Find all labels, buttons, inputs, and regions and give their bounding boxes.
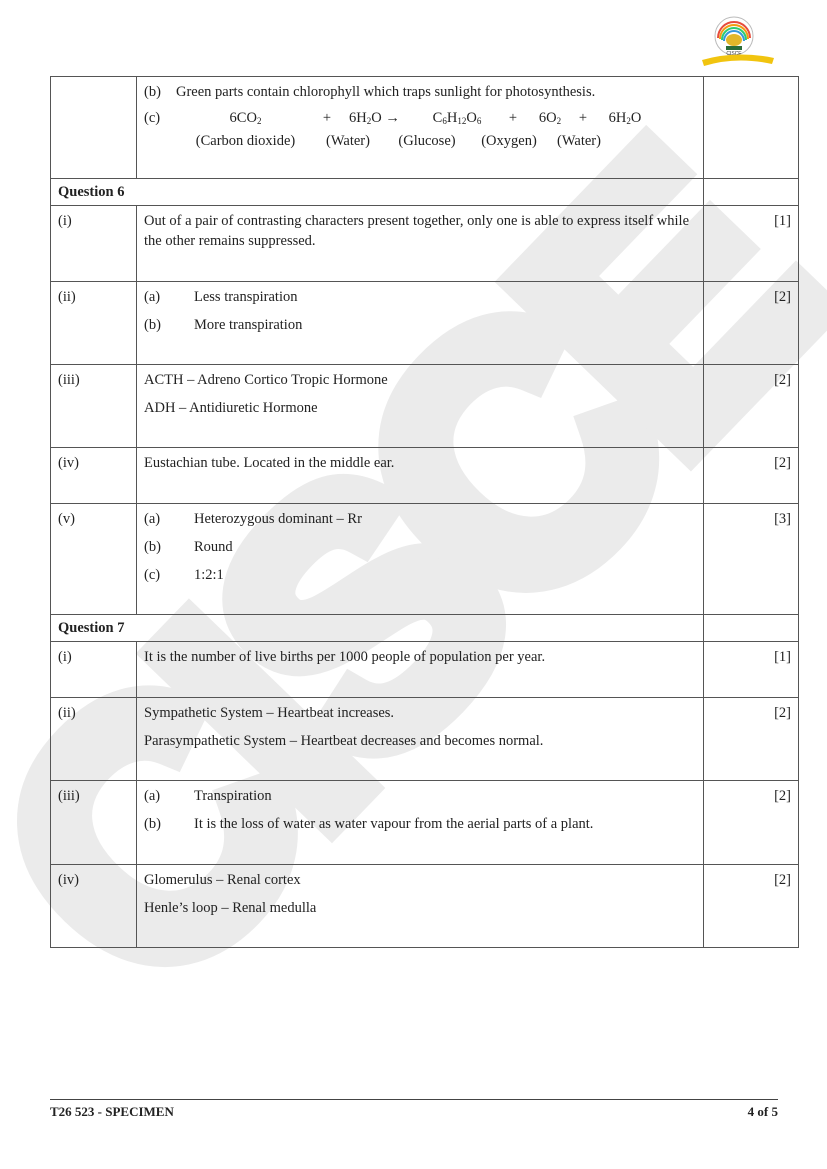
sub-answer: (c)1:2:1 <box>144 565 696 585</box>
equation-names: (Carbon dioxide) (Water) (Glucose) (Oxyg… <box>180 131 655 151</box>
answer-text: 1:2:1 <box>194 565 224 585</box>
marks-value: [1] <box>704 642 799 698</box>
marks-value: [2] <box>704 698 799 781</box>
carbon-dioxide-formula: 6CO2 <box>180 108 311 131</box>
answer-cell: (a)Transpiration(b)It is the loss of wat… <box>137 781 704 865</box>
marks-cell <box>704 179 799 206</box>
answer-text: Sympathetic System – Heartbeat increases… <box>144 703 696 723</box>
table-row: (ii)(a)Less transpiration(b)More transpi… <box>51 282 799 365</box>
answer-text: Transpiration <box>194 786 272 806</box>
marks-value: [3] <box>704 504 799 615</box>
answer-text: ACTH – Adreno Cortico Tropic Hormone <box>144 370 696 390</box>
answer-text: Round <box>194 537 233 557</box>
sub-label: (b) <box>144 537 194 557</box>
sub-label: (a) <box>144 287 194 307</box>
sub-label: (b) <box>144 814 194 834</box>
marks-value: [2] <box>704 448 799 504</box>
marks-value: [2] <box>704 865 799 948</box>
answer-cell: Out of a pair of contrasting characters … <box>137 206 704 282</box>
table-row: (b) Green parts contain chlorophyll whic… <box>51 77 799 179</box>
question-number: (v) <box>51 504 137 615</box>
answer-cell: (b) Green parts contain chlorophyll whic… <box>137 77 704 179</box>
table-row: (iii)ACTH – Adreno Cortico Tropic Hormon… <box>51 365 799 448</box>
answer-text: ADH – Antidiuretic Hormone <box>144 398 696 418</box>
sub-answer: (b)It is the loss of water as water vapo… <box>144 814 696 834</box>
question-number: (ii) <box>51 282 137 365</box>
sub-answer: (a)Heterozygous dominant – Rr <box>144 509 696 529</box>
sub-answer: (a)Transpiration <box>144 786 696 806</box>
answer-text: Henle’s loop – Renal medulla <box>144 898 696 918</box>
question-number: (i) <box>51 642 137 698</box>
sub-answer: (b)More transpiration <box>144 315 696 335</box>
answer-text: More transpiration <box>194 315 302 335</box>
marks-cell <box>704 77 799 179</box>
water-formula: 6H2O → <box>343 108 417 131</box>
photosynthesis-equation: (c) 6CO2 + 6H2O → C6H12O6 + 6O2 + 6H2O <box>144 108 696 151</box>
footer-divider <box>50 1099 778 1100</box>
sub-label: (a) <box>144 786 194 806</box>
answer-text: Glomerulus – Renal cortex <box>144 870 696 890</box>
water-formula: 6H2O <box>595 108 655 131</box>
marks-value: [2] <box>704 781 799 865</box>
marking-scheme-table: (b) Green parts contain chlorophyll whic… <box>50 76 799 948</box>
question-heading: Question 7 <box>51 615 704 642</box>
question-heading-row: Question 7 <box>51 615 799 642</box>
table-row: (i)Out of a pair of contrasting characte… <box>51 206 799 282</box>
question-number: (i) <box>51 206 137 282</box>
answer-cell: It is the number of live births per 1000… <box>137 642 704 698</box>
plus-sign: + <box>311 108 343 131</box>
answer-text: Less transpiration <box>194 287 298 307</box>
table-row: (iv)Glomerulus – Renal cortexHenle’s loo… <box>51 865 799 948</box>
cisce-emblem-icon: CISCE <box>700 14 776 68</box>
answer-text: Parasympathetic System – Heartbeat decre… <box>144 731 696 751</box>
question-heading: Question 6 <box>51 179 704 206</box>
sub-label: (b) <box>144 82 176 102</box>
question-number: (iv) <box>51 865 137 948</box>
table-row: (i)It is the number of live births per 1… <box>51 642 799 698</box>
marks-cell <box>704 615 799 642</box>
question-number: (iii) <box>51 781 137 865</box>
answer-cell: Sympathetic System – Heartbeat increases… <box>137 698 704 781</box>
answer-cell: (a)Less transpiration(b)More transpirati… <box>137 282 704 365</box>
sub-label: (b) <box>144 315 194 335</box>
question-number: (iv) <box>51 448 137 504</box>
table-row: (iii)(a)Transpiration(b)It is the loss o… <box>51 781 799 865</box>
glucose-formula: C6H12O6 <box>417 108 497 131</box>
question-heading-row: Question 6 <box>51 179 799 206</box>
answer-cell: (a)Heterozygous dominant – Rr(b)Round(c)… <box>137 504 704 615</box>
marks-value: [2] <box>704 365 799 448</box>
marks-value: [1] <box>704 206 799 282</box>
answer-cell: ACTH – Adreno Cortico Tropic HormoneADH … <box>137 365 704 448</box>
answer-text: Eustachian tube. Located in the middle e… <box>144 453 696 473</box>
answer-text: It is the number of live births per 1000… <box>144 647 696 667</box>
plus-sign: + <box>571 108 595 131</box>
question-number: (ii) <box>51 698 137 781</box>
paper-code: T26 523 - SPECIMEN <box>50 1104 174 1120</box>
answer-text: Out of a pair of contrasting characters … <box>144 211 696 251</box>
answer-text: Heterozygous dominant – Rr <box>194 509 362 529</box>
answer-text: Green parts contain chlorophyll which tr… <box>176 82 595 102</box>
sub-answer: (a)Less transpiration <box>144 287 696 307</box>
table-row: (ii)Sympathetic System – Heartbeat incre… <box>51 698 799 781</box>
sub-label: (c) <box>144 565 194 585</box>
sub-label: (a) <box>144 509 194 529</box>
marks-value: [2] <box>704 282 799 365</box>
table-row: (v)(a)Heterozygous dominant – Rr(b)Round… <box>51 504 799 615</box>
oxygen-formula: 6O2 <box>529 108 571 131</box>
sub-label: (c) <box>144 108 180 151</box>
answer-text: It is the loss of water as water vapour … <box>194 814 593 834</box>
equation-formulas: 6CO2 + 6H2O → C6H12O6 + 6O2 + 6H2O <box>180 108 655 131</box>
answer-cell: Glomerulus – Renal cortexHenle’s loop – … <box>137 865 704 948</box>
question-number-cell <box>51 77 137 179</box>
sub-answer: (b)Round <box>144 537 696 557</box>
page-number: 4 of 5 <box>748 1104 778 1120</box>
arrow-icon: → <box>385 110 400 126</box>
table-row: (iv)Eustachian tube. Located in the midd… <box>51 448 799 504</box>
answer-cell: Eustachian tube. Located in the middle e… <box>137 448 704 504</box>
question-number: (iii) <box>51 365 137 448</box>
plus-sign: + <box>497 108 529 131</box>
